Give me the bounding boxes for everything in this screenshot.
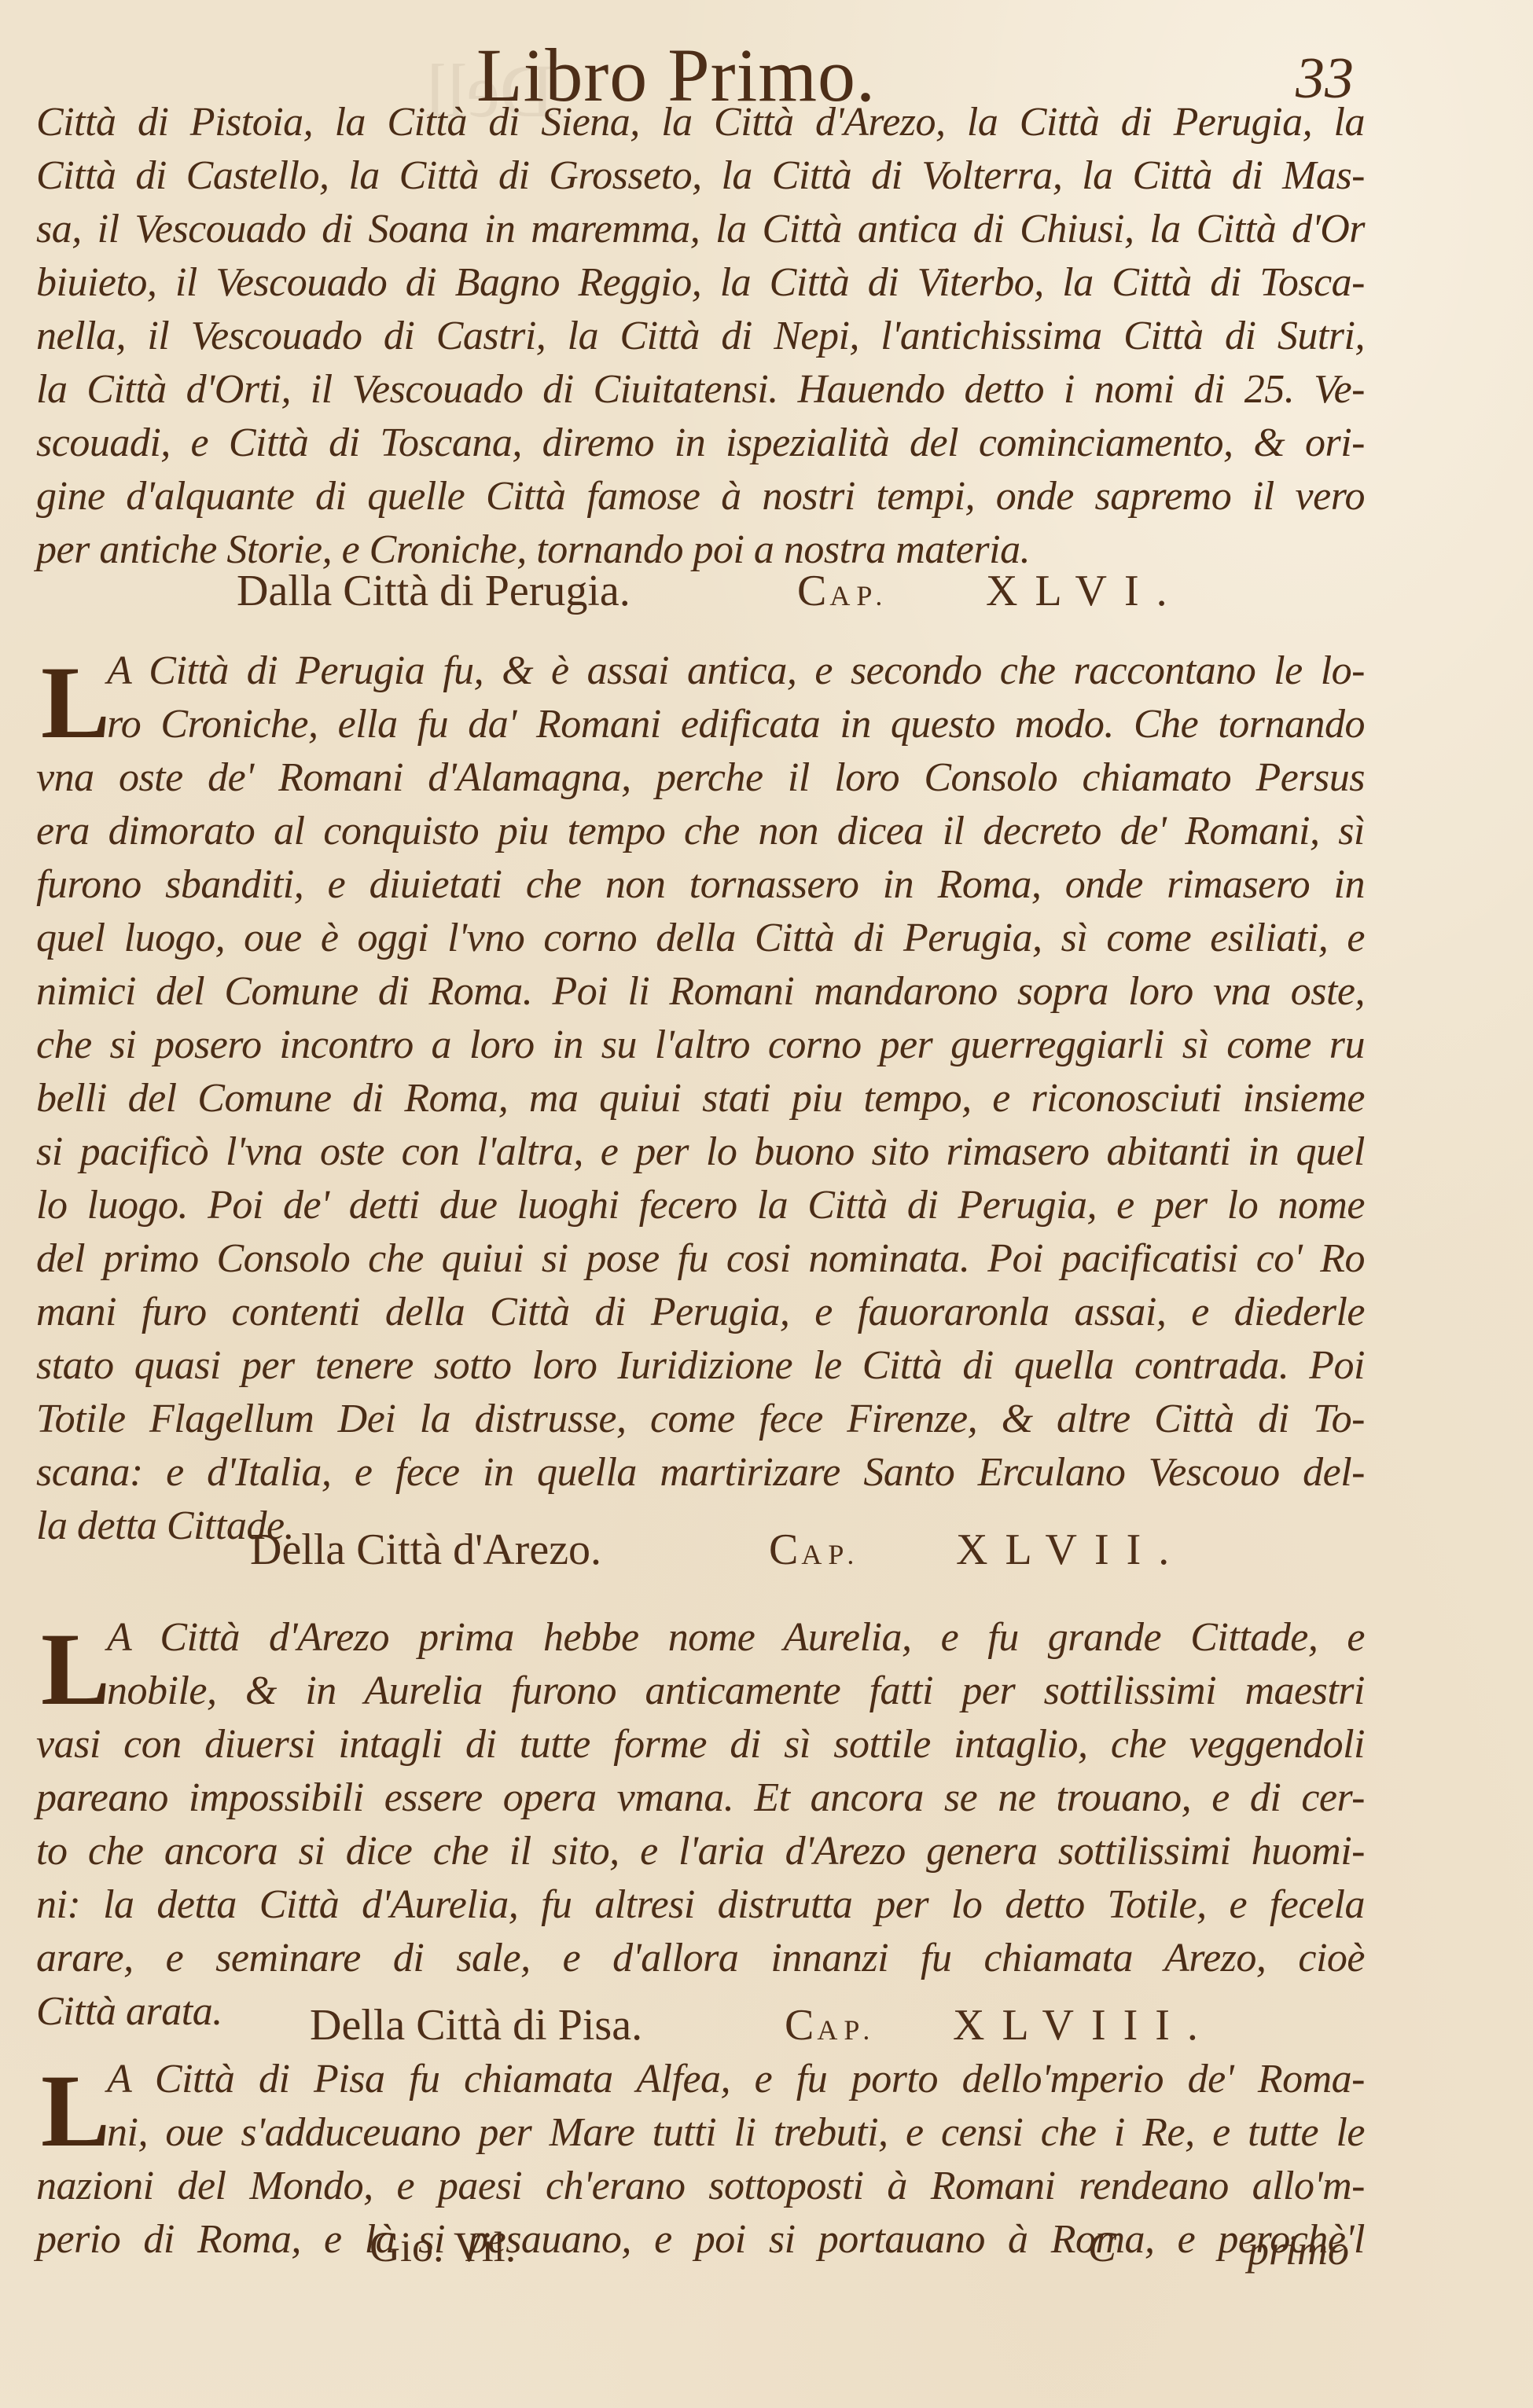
text-line: la Città d'Orti, il Vescouado di Ciuitat…: [36, 363, 1365, 417]
catchword: primo: [1248, 2226, 1349, 2274]
cap-big: C: [785, 2001, 817, 2050]
text-line: scana: e d'Italia, e fece in quella mart…: [36, 1446, 1365, 1499]
text-line: ni: la detta Città d'Aurelia, fu altresi…: [36, 1878, 1365, 1932]
drop-cap: L: [41, 651, 110, 754]
chapter-heading-xlvi: Dalla Città di Perugia. CAP. XLVI.: [36, 566, 1365, 629]
chapter-cap-label: CAP.: [785, 2000, 876, 2050]
text-line: era dimorato al conquisto piu tempo che …: [36, 805, 1365, 858]
text-line: nobile, & in Aurelia furono anticamente …: [36, 1665, 1365, 1718]
text-line: to che ancora si dice che il sito, e l'a…: [36, 1825, 1365, 1878]
text-line: ro Croniche, ella fu da' Romani edificat…: [36, 698, 1365, 751]
text-line: biuieto, il Vescouado di Bagno Reggio, l…: [36, 256, 1365, 310]
drop-cap: L: [41, 1617, 110, 1721]
text-line: vasi con diuersi intagli di tutte forme …: [36, 1718, 1365, 1771]
text-line: che si posero incontro a loro in su l'al…: [36, 1019, 1365, 1072]
text-line: furono sbanditi, e diuietati che non tor…: [36, 858, 1365, 912]
text-line: scouadi, e Città di Toscana, diremo in i…: [36, 417, 1365, 470]
chapter-number: XLVIII.: [953, 2000, 1215, 2050]
text-line: gine d'alquante di quelle Città famose à…: [36, 470, 1365, 523]
chapter-number: XLVI.: [986, 566, 1185, 616]
cap-big: C: [797, 567, 829, 615]
intro-paragraph: Città di Pistoia, la Città di Siena, la …: [36, 96, 1365, 577]
text-line: nimici del Comune di Roma. Poi li Romani…: [36, 965, 1365, 1019]
cap-small: AP.: [829, 580, 888, 611]
chapter-heading-xlvii: Della Città d'Arezo. CAP. XLVII.: [36, 1525, 1365, 1588]
cap-small: AP.: [817, 2014, 876, 2046]
signature-mark: C: [1088, 2223, 1116, 2271]
chapter-body-xlvii: L A Città d'Arezo prima hebbe nome Aurel…: [36, 1611, 1365, 2039]
chapter-title: Della Città d'Arezo.: [250, 1525, 601, 1575]
text-line: nella, il Vescouado di Castri, la Città …: [36, 310, 1365, 363]
cap-big: C: [769, 1525, 801, 1574]
text-line: lo luogo. Poi de' detti due luoghi fecer…: [36, 1179, 1365, 1232]
drop-cap: L: [41, 2059, 110, 2163]
cap-small: AP.: [801, 1539, 860, 1570]
text-line: ni, oue s'adduceuano per Mare tutti li t…: [36, 2106, 1365, 2160]
text-line: si pacificò l'vna oste con l'altra, e pe…: [36, 1125, 1365, 1179]
text-line: stato quasi per tenere sotto loro Iuridi…: [36, 1339, 1365, 1393]
text-line: vna oste de' Romani d'Alamagna, perche i…: [36, 751, 1365, 805]
text-line: A Città d'Arezo prima hebbe nome Aurelia…: [36, 1611, 1365, 1665]
page-footer: Gio. Vil. C primo: [36, 2223, 1365, 2285]
text-line: A Città di Pisa fu chiamata Alfea, e fu …: [36, 2053, 1365, 2106]
text-line: del primo Consolo che quiui si pose fu c…: [36, 1232, 1365, 1286]
text-line: quel luogo, oue è oggi l'vno corno della…: [36, 912, 1365, 965]
text-line: mani furo contenti della Città di Perugi…: [36, 1286, 1365, 1339]
text-line: A Città di Perugia fu, & è assai antica,…: [36, 644, 1365, 698]
text-line: pareano impossibili essere opera vmana. …: [36, 1771, 1365, 1825]
chapter-number: XLVII.: [956, 1525, 1186, 1575]
text-line: Città di Castello, la Città di Grosseto,…: [36, 149, 1365, 203]
text-line: Città di Pistoia, la Città di Siena, la …: [36, 96, 1365, 149]
chapter-title: Della Città di Pisa.: [310, 2000, 642, 2050]
text-line: sa, il Vescouado di Soana in maremma, la…: [36, 203, 1365, 256]
text-line: belli del Comune di Roma, ma quiui stati…: [36, 1072, 1365, 1125]
text-line: Totile Flagellum Dei la distrusse, come …: [36, 1393, 1365, 1446]
chapter-cap-label: CAP.: [769, 1525, 860, 1575]
chapter-cap-label: CAP.: [797, 566, 888, 616]
signature-label: Gio. Vil.: [369, 2223, 516, 2271]
chapter-body-xlvi: L A Città di Perugia fu, & è assai antic…: [36, 644, 1365, 1553]
text-line: nazioni del Mondo, e paesi ch'erano sott…: [36, 2160, 1365, 2213]
text-line: arare, e seminare di sale, e d'allora in…: [36, 1932, 1365, 1985]
chapter-title: Dalla Città di Perugia.: [237, 566, 630, 616]
